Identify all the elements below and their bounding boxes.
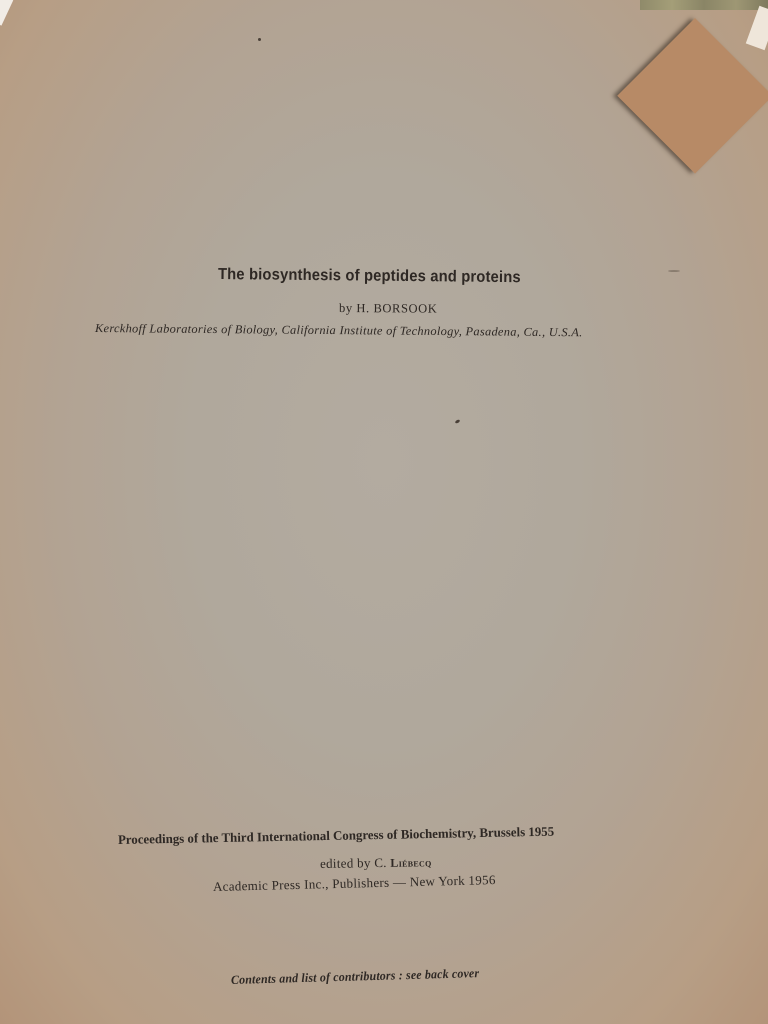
background-strip	[640, 0, 768, 10]
editor-line: edited by C. Liébecq	[320, 854, 432, 872]
paper-speck	[258, 38, 261, 41]
editor-prefix: edited by C.	[320, 855, 391, 871]
paper-speck	[668, 270, 680, 272]
editor-name: Liébecq	[390, 855, 431, 870]
author-line: by H. BORSOOK	[339, 301, 438, 317]
document-title: The biosynthesis of peptides and protein…	[218, 266, 521, 287]
